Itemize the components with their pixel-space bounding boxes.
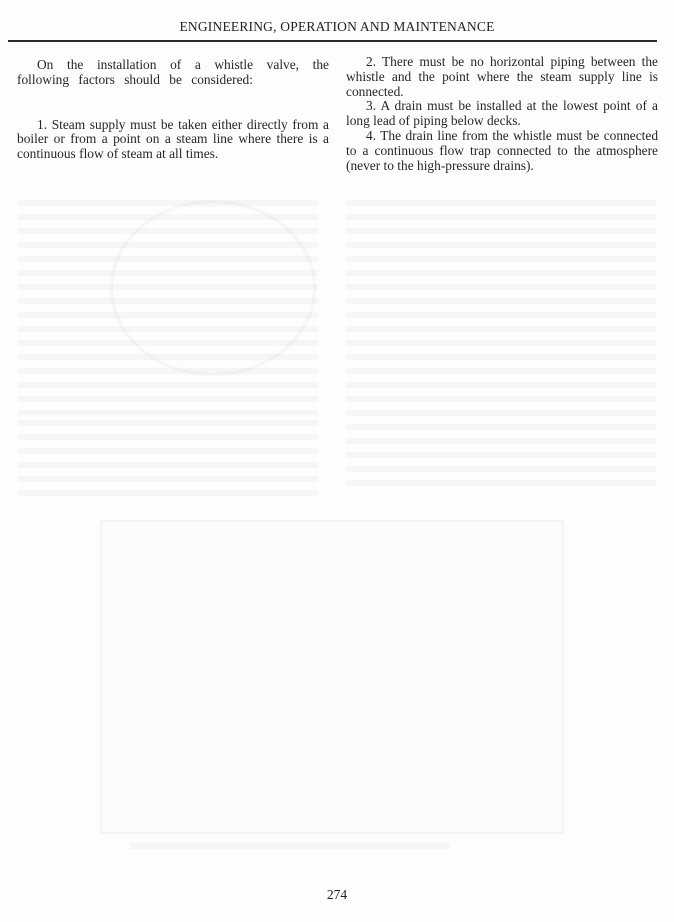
item-text: The drain line from the whistle must be …: [346, 128, 658, 173]
bleed-text-block: [346, 200, 656, 490]
item-number: 2.: [366, 54, 376, 69]
list-item: 3. A drain must be installed at the lowe…: [346, 99, 658, 129]
document-page: ENGINEERING, OPERATION AND MAINTENANCE O…: [0, 0, 674, 922]
header-rule: [8, 40, 657, 42]
list-item: 4. The drain line from the whistle must …: [346, 129, 658, 173]
list-item: 2. There must be no horizontal piping be…: [346, 55, 658, 99]
intro-paragraph: On the installation of a whistle valve, …: [17, 58, 329, 88]
bleed-caption: [130, 843, 450, 851]
left-column: On the installation of a whistle valve, …: [17, 58, 329, 162]
bleed-circle-shape: [110, 200, 316, 376]
bleed-diagram: [100, 520, 564, 834]
running-header: ENGINEERING, OPERATION AND MAINTENANCE: [0, 19, 674, 35]
item-text: Steam supply must be taken either direct…: [17, 117, 329, 162]
bleed-text-block: [18, 420, 318, 500]
item-number: 1.: [37, 117, 47, 132]
item-text: There must be no horizontal piping betwe…: [346, 54, 658, 99]
right-column: 2. There must be no horizontal piping be…: [346, 55, 658, 173]
item-text: A drain must be installed at the lowest …: [346, 98, 658, 128]
bleed-text-block: [18, 200, 318, 415]
item-number: 4.: [366, 128, 376, 143]
list-item: 1. Steam supply must be taken either dir…: [17, 118, 329, 162]
page-number: 274: [0, 887, 674, 903]
paragraph-gap: [17, 88, 329, 118]
item-number: 3.: [366, 98, 376, 113]
